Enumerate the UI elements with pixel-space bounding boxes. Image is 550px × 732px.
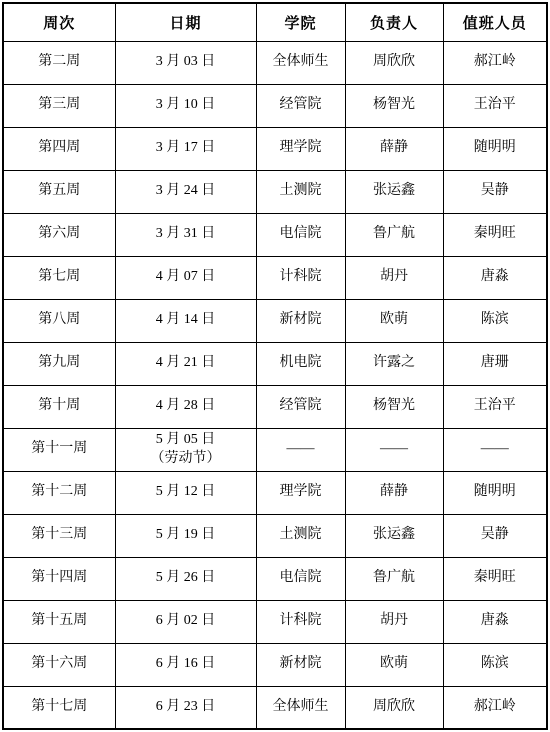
cell-week: 第十一周 (3, 428, 115, 471)
cell-leader: 薛静 (345, 127, 443, 170)
cell-college: 新材院 (256, 299, 345, 342)
table-row: 第十六周6 月 16 日新材院欧萌陈滨 (3, 643, 547, 686)
table-row: 第五周3 月 24 日土测院张运鑫吴静 (3, 170, 547, 213)
cell-date: 4 月 21 日 (115, 342, 256, 385)
cell-college: 电信院 (256, 213, 345, 256)
header-cell-leader: 负责人 (345, 3, 443, 41)
header-cell-college: 学院 (256, 3, 345, 41)
table-header: 周次 日期 学院 负责人 值班人员 (3, 3, 547, 41)
table-row: 第十一周5 月 05 日 （劳动节）—————— (3, 428, 547, 471)
cell-leader: 胡丹 (345, 600, 443, 643)
cell-leader: 胡丹 (345, 256, 443, 299)
cell-week: 第五周 (3, 170, 115, 213)
cell-college: 理学院 (256, 471, 345, 514)
cell-week: 第九周 (3, 342, 115, 385)
table-row: 第十周4 月 28 日经管院杨智光王治平 (3, 385, 547, 428)
cell-leader: 鲁广航 (345, 557, 443, 600)
table-row: 第十五周6 月 02 日计科院胡丹唐淼 (3, 600, 547, 643)
cell-date: 5 月 19 日 (115, 514, 256, 557)
cell-duty: 唐珊 (443, 342, 547, 385)
cell-week: 第七周 (3, 256, 115, 299)
cell-duty: 吴静 (443, 170, 547, 213)
cell-week: 第八周 (3, 299, 115, 342)
cell-college: 土测院 (256, 514, 345, 557)
cell-week: 第十三周 (3, 514, 115, 557)
cell-date: 3 月 10 日 (115, 84, 256, 127)
cell-duty: 随明明 (443, 127, 547, 170)
cell-leader: 张运鑫 (345, 514, 443, 557)
cell-college: 全体师生 (256, 686, 345, 729)
cell-leader: —— (345, 428, 443, 471)
cell-date: 3 月 24 日 (115, 170, 256, 213)
cell-leader: 薛静 (345, 471, 443, 514)
table-row: 第八周4 月 14 日新材院欧萌陈滨 (3, 299, 547, 342)
table-row: 第四周3 月 17 日理学院薛静随明明 (3, 127, 547, 170)
cell-date: 5 月 26 日 (115, 557, 256, 600)
cell-duty: —— (443, 428, 547, 471)
cell-week: 第二周 (3, 41, 115, 84)
cell-leader: 欧萌 (345, 299, 443, 342)
cell-duty: 郝江岭 (443, 686, 547, 729)
cell-date: 5 月 12 日 (115, 471, 256, 514)
cell-college: 经管院 (256, 84, 345, 127)
header-row: 周次 日期 学院 负责人 值班人员 (3, 3, 547, 41)
cell-leader: 许露之 (345, 342, 443, 385)
table-row: 第三周3 月 10 日经管院杨智光王治平 (3, 84, 547, 127)
cell-week: 第三周 (3, 84, 115, 127)
cell-week: 第六周 (3, 213, 115, 256)
cell-week: 第十二周 (3, 471, 115, 514)
table-row: 第十三周5 月 19 日土测院张运鑫吴静 (3, 514, 547, 557)
table-row: 第九周4 月 21 日机电院许露之唐珊 (3, 342, 547, 385)
cell-college: 新材院 (256, 643, 345, 686)
cell-duty: 秦明旺 (443, 213, 547, 256)
cell-week: 第十七周 (3, 686, 115, 729)
cell-duty: 吴静 (443, 514, 547, 557)
cell-duty: 王治平 (443, 385, 547, 428)
cell-college: 经管院 (256, 385, 345, 428)
cell-date: 4 月 28 日 (115, 385, 256, 428)
table-row: 第十四周5 月 26 日电信院鲁广航秦明旺 (3, 557, 547, 600)
cell-leader: 周欣欣 (345, 686, 443, 729)
header-cell-date: 日期 (115, 3, 256, 41)
header-cell-duty: 值班人员 (443, 3, 547, 41)
table-row: 第七周4 月 07 日计科院胡丹唐淼 (3, 256, 547, 299)
cell-date: 6 月 02 日 (115, 600, 256, 643)
cell-date: 4 月 14 日 (115, 299, 256, 342)
cell-week: 第十四周 (3, 557, 115, 600)
table-row: 第二周3 月 03 日全体师生周欣欣郝江岭 (3, 41, 547, 84)
cell-duty: 随明明 (443, 471, 547, 514)
cell-college: 全体师生 (256, 41, 345, 84)
cell-college: 土测院 (256, 170, 345, 213)
cell-college: 机电院 (256, 342, 345, 385)
cell-week: 第十周 (3, 385, 115, 428)
cell-date: 6 月 23 日 (115, 686, 256, 729)
cell-date: 4 月 07 日 (115, 256, 256, 299)
cell-college: 计科院 (256, 600, 345, 643)
table-row: 第十二周5 月 12 日理学院薛静随明明 (3, 471, 547, 514)
cell-leader: 杨智光 (345, 385, 443, 428)
cell-duty: 王治平 (443, 84, 547, 127)
cell-duty: 郝江岭 (443, 41, 547, 84)
cell-date: 6 月 16 日 (115, 643, 256, 686)
duty-schedule-table: 周次 日期 学院 负责人 值班人员 第二周3 月 03 日全体师生周欣欣郝江岭第… (2, 2, 548, 730)
cell-leader: 周欣欣 (345, 41, 443, 84)
cell-week: 第四周 (3, 127, 115, 170)
cell-date: 3 月 17 日 (115, 127, 256, 170)
cell-duty: 唐淼 (443, 256, 547, 299)
cell-date: 3 月 03 日 (115, 41, 256, 84)
cell-duty: 唐淼 (443, 600, 547, 643)
cell-week: 第十六周 (3, 643, 115, 686)
cell-college: 计科院 (256, 256, 345, 299)
table-row: 第六周3 月 31 日电信院鲁广航秦明旺 (3, 213, 547, 256)
cell-leader: 杨智光 (345, 84, 443, 127)
cell-date: 5 月 05 日 （劳动节） (115, 428, 256, 471)
cell-leader: 鲁广航 (345, 213, 443, 256)
cell-duty: 陈滨 (443, 643, 547, 686)
header-cell-week: 周次 (3, 3, 115, 41)
cell-duty: 陈滨 (443, 299, 547, 342)
table-body: 第二周3 月 03 日全体师生周欣欣郝江岭第三周3 月 10 日经管院杨智光王治… (3, 41, 547, 729)
cell-duty: 秦明旺 (443, 557, 547, 600)
cell-college: 电信院 (256, 557, 345, 600)
cell-week: 第十五周 (3, 600, 115, 643)
cell-date: 3 月 31 日 (115, 213, 256, 256)
table-row: 第十七周6 月 23 日全体师生周欣欣郝江岭 (3, 686, 547, 729)
cell-leader: 张运鑫 (345, 170, 443, 213)
cell-college: —— (256, 428, 345, 471)
cell-college: 理学院 (256, 127, 345, 170)
cell-leader: 欧萌 (345, 643, 443, 686)
